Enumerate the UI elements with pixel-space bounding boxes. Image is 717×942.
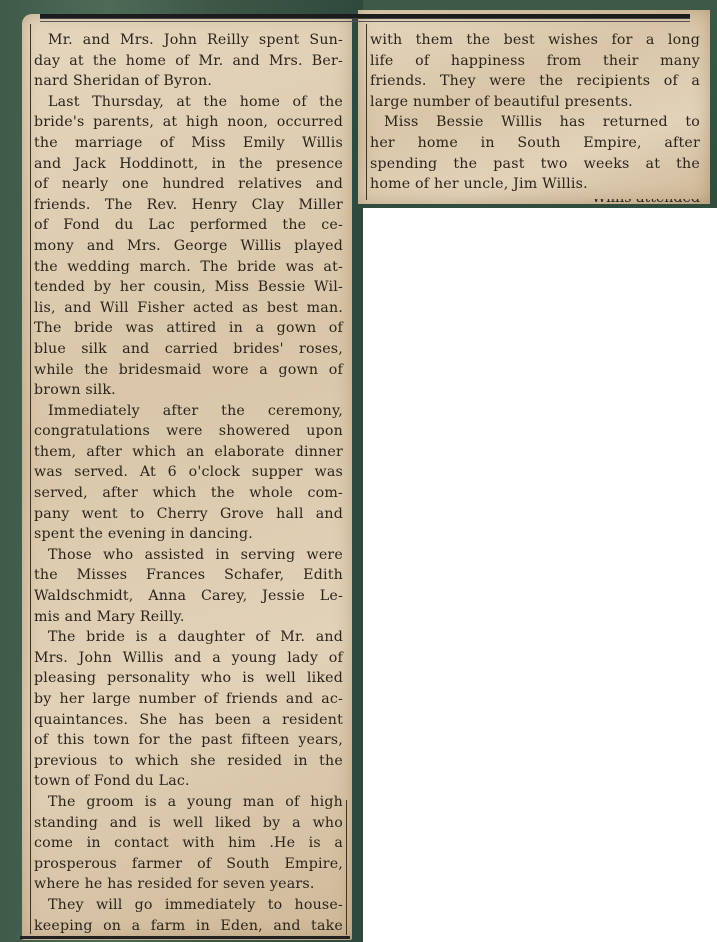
text-line: and Jack Hoddinott, in the presence [34, 154, 343, 175]
text-line: They will go immediately to house- [34, 895, 343, 916]
text-line: life of happiness from their many [370, 51, 700, 72]
text-line: lis, and Will Fisher acted as best man. [34, 298, 343, 319]
text-line: The bride is a daughter of Mr. and [34, 627, 343, 648]
text-line: town of Fond du Lac. [34, 771, 343, 792]
text-line: them, after which an elaborate dinner [34, 442, 343, 463]
text-line: pleasing personality who is well liked [34, 668, 343, 689]
text-line: served, after which the whole com- [34, 483, 343, 504]
text-line: spending the past two weeks at the [370, 154, 700, 175]
text-line: with them the best wishes for a long [370, 30, 700, 51]
text-line: Waldschmidt, Anna Carey, Jessie Le- [34, 586, 343, 607]
text-line: large number of beautiful presents. [370, 92, 700, 113]
top-rule-thin [40, 21, 690, 22]
right-edge-rule [346, 800, 347, 935]
column-divider-rule [366, 24, 367, 200]
text-line: Mrs. John Willis and a young lady of [34, 648, 343, 669]
text-line: brown silk. [34, 380, 343, 401]
text-line: tended by her cousin, Miss Bessie Wil- [34, 277, 343, 298]
text-line: of Fond du Lac performed the ce- [34, 215, 343, 236]
text-line: mis and Mary Reilly. [34, 607, 343, 628]
cutoff-text: Willis attended [370, 199, 700, 208]
text-line: home of her uncle, Jim Willis. [370, 174, 700, 195]
text-line: spent the evening in dancing. [34, 524, 343, 545]
text-line: Miss Bessie Willis has returned to [370, 112, 700, 133]
text-line: by her large number of friends and ac- [34, 689, 343, 710]
text-line: The groom is a young man of high [34, 792, 343, 813]
text-line: Last Thursday, at the home of the [34, 92, 343, 113]
text-line: quaintances. She has been a resident [34, 710, 343, 731]
top-rule [40, 14, 690, 19]
text-line: standing and is well liked by a who [34, 813, 343, 834]
article-right-column: with them the best wishes for a longlife… [370, 30, 700, 195]
cutoff-text-line: Willis attended [370, 199, 700, 208]
text-line: where he has resided for seven years. [34, 874, 343, 895]
text-line: Mr. and Mrs. John Reilly spent Sun- [34, 30, 343, 51]
text-line: her home in South Empire, after [370, 133, 700, 154]
blank-area [363, 208, 717, 942]
text-line: the wedding march. The bride was at- [34, 257, 343, 278]
text-line: of nearly one hundred relatives and [34, 174, 343, 195]
text-line: day at the home of Mr. and Mrs. Ber- [34, 51, 343, 72]
text-line: mony and Mrs. George Willis played [34, 236, 343, 257]
text-line: previous to which she resided in the [34, 751, 343, 772]
text-line: of this town for the past fifteen years, [34, 730, 343, 751]
text-line: congratulations were showered upon [34, 421, 343, 442]
text-line: prosperous farmer of South Empire, [34, 854, 343, 875]
article-left-column: Mr. and Mrs. John Reilly spent Sun-day a… [34, 30, 343, 936]
text-line: Those who assisted in serving were [34, 545, 343, 566]
text-line: was served. At 6 o'clock supper was [34, 462, 343, 483]
text-line: The bride was attired in a gown of [34, 318, 343, 339]
bottom-rule [20, 936, 350, 939]
text-line: friends. The Rev. Henry Clay Miller [34, 195, 343, 216]
text-line: keeping on a farm in Eden, and take [34, 916, 343, 937]
text-line: Immediately after the ceremony, [34, 401, 343, 422]
text-line: pany went to Cherry Grove hall and [34, 504, 343, 525]
text-line: the Misses Frances Schafer, Edith [34, 565, 343, 586]
left-column-rule [30, 24, 31, 934]
text-line: nard Sheridan of Byron. [34, 71, 343, 92]
text-line: friends. They were the recipients of a [370, 71, 700, 92]
text-line: bride's parents, at high noon, occurred [34, 112, 343, 133]
text-line: the marriage of Miss Emily Willis [34, 133, 343, 154]
text-line: while the bridesmaid wore a gown of [34, 360, 343, 381]
text-line: blue silk and carried brides' roses, [34, 339, 343, 360]
text-line: come in contact with him .He is a [34, 833, 343, 854]
